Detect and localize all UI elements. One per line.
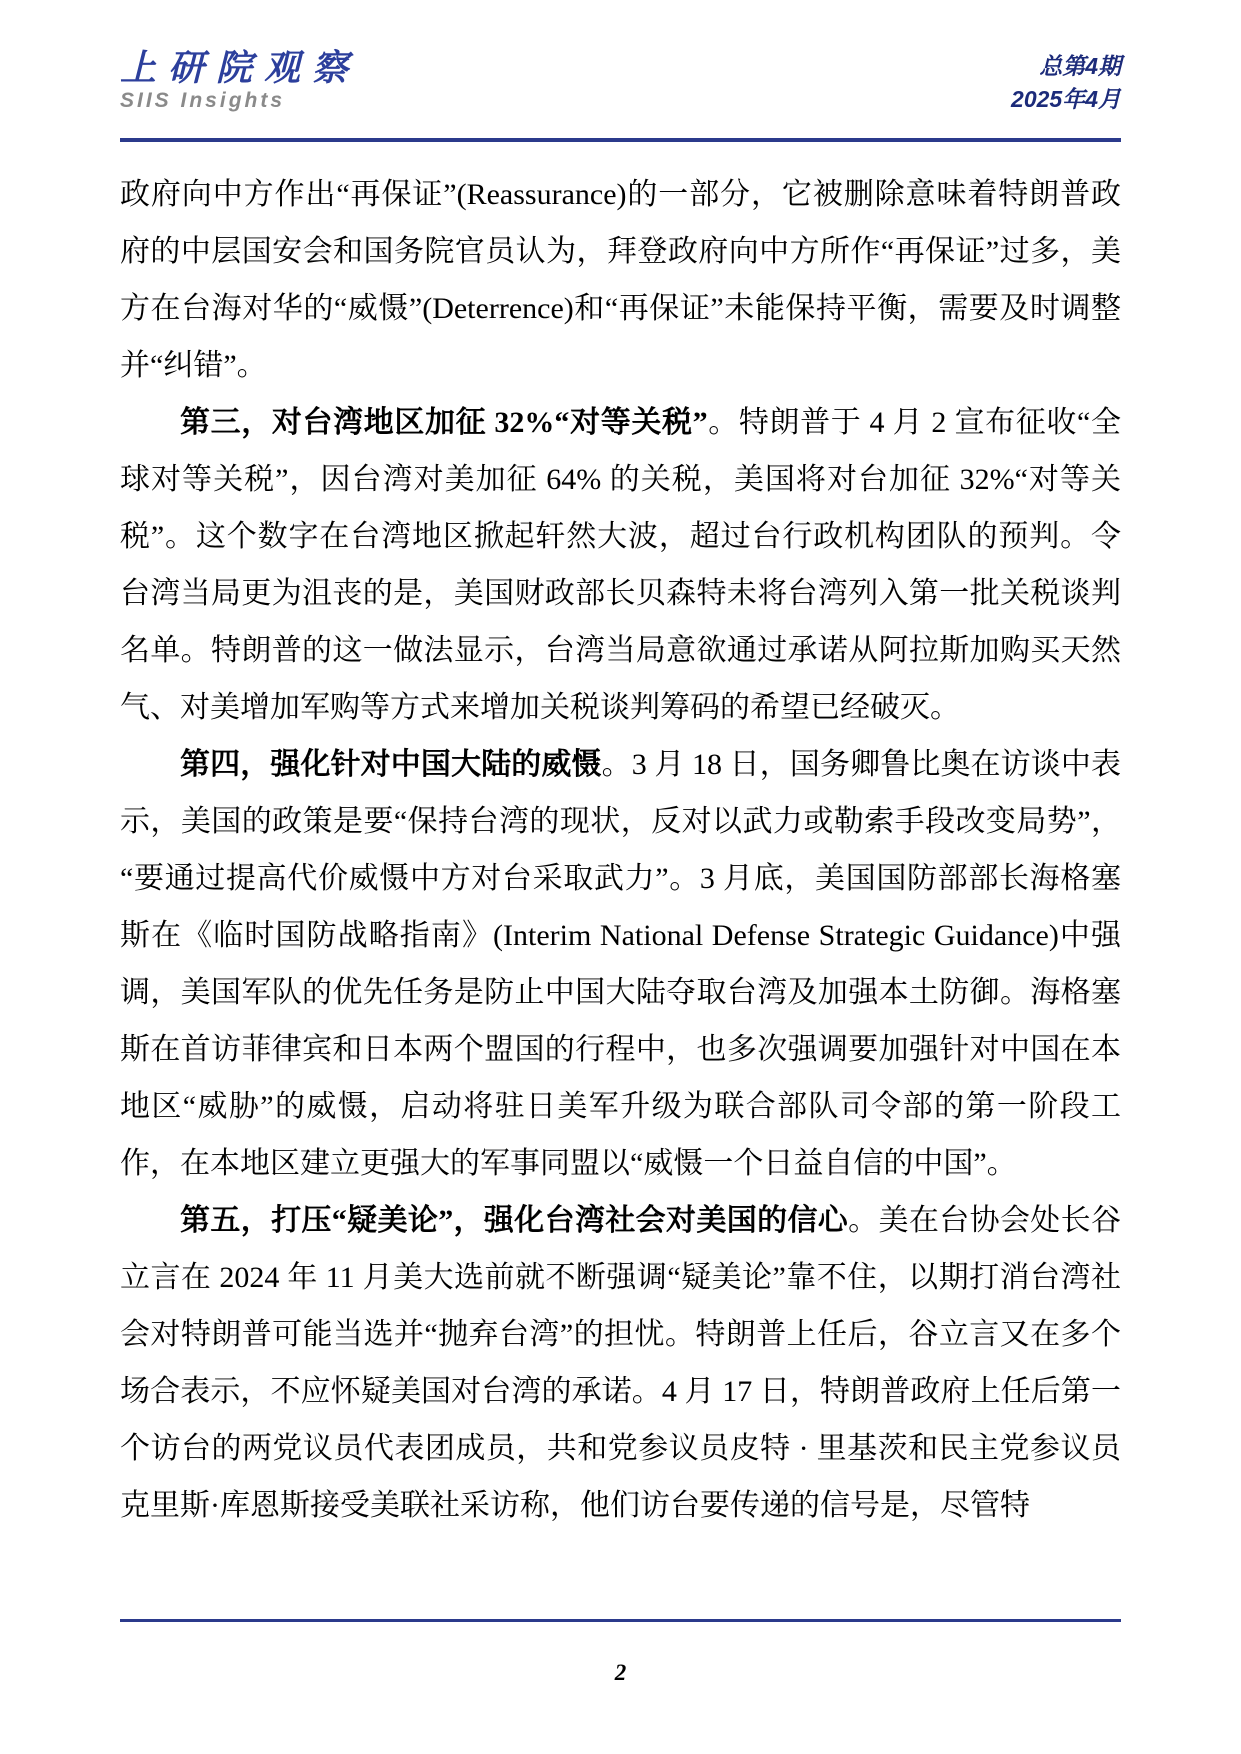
issue-info: 总第4期 2025年4月 bbox=[1011, 48, 1121, 116]
paragraph-point-five: 第五，打压“疑美论”，强化台湾社会对美国的信心。美在台协会处长谷立言在 2024… bbox=[120, 1192, 1121, 1534]
document-page: 上研院观察 SIIS Insights 总第4期 2025年4月 政府向中方作出… bbox=[0, 0, 1241, 1754]
paragraph-lead-bold: 第五，打压“疑美论”，强化台湾社会对美国的信心 bbox=[180, 1204, 848, 1237]
paragraph-text: 。美在台协会处长谷立言在 2024 年 11 月美大选前就不断强调“疑美论”靠不… bbox=[120, 1204, 1121, 1522]
paragraph-point-four: 第四，强化针对中国大陆的威慑。3 月 18 日，国务卿鲁比奥在访谈中表示，美国的… bbox=[120, 736, 1121, 1192]
article-body: 政府向中方作出“再保证”(Reassurance)的一部分，它被删除意味着特朗普… bbox=[120, 166, 1121, 1534]
page-number: 2 bbox=[0, 1660, 1241, 1686]
paragraph-point-three: 第三，对台湾地区加征 32%“对等关税”。特朗普于 4 月 2 宣布征收“全球对… bbox=[120, 394, 1121, 736]
page-header: 上研院观察 SIIS Insights 总第4期 2025年4月 bbox=[120, 48, 1121, 116]
paragraph-lead-bold: 第四，强化针对中国大陆的威慑 bbox=[180, 748, 602, 781]
paragraph-lead-bold: 第三，对台湾地区加征 32%“对等关税” bbox=[180, 406, 708, 439]
paragraph-continuation: 政府向中方作出“再保证”(Reassurance)的一部分，它被删除意味着特朗普… bbox=[120, 166, 1121, 394]
logo-english-subtitle: SIIS Insights bbox=[120, 89, 360, 113]
paragraph-text: 。3 月 18 日，国务卿鲁比奥在访谈中表示，美国的政策是要“保持台湾的现状，反… bbox=[120, 748, 1121, 1180]
header-divider bbox=[120, 138, 1121, 142]
logo-chinese-title: 上研院观察 bbox=[120, 48, 360, 88]
issue-date: 2025年4月 bbox=[1011, 83, 1121, 116]
paragraph-text: 政府向中方作出“再保证”(Reassurance)的一部分，它被删除意味着特朗普… bbox=[120, 178, 1121, 382]
footer-divider bbox=[120, 1619, 1121, 1622]
paragraph-text: 。特朗普于 4 月 2 宣布征收“全球对等关税”，因台湾对美加征 64% 的关税… bbox=[120, 406, 1121, 724]
siis-logo: 上研院观察 SIIS Insights bbox=[120, 48, 360, 113]
issue-number: 总第4期 bbox=[1011, 50, 1121, 83]
